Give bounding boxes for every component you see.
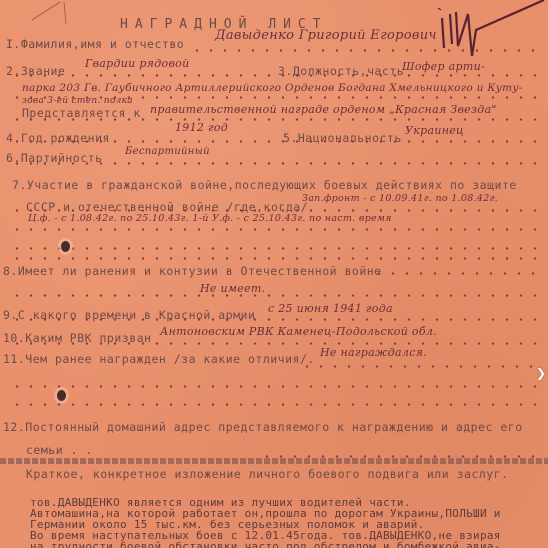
- field-5-value: Украинец: [405, 124, 464, 137]
- summary-body-line: на трудности боевой обстановки,часто под…: [30, 540, 501, 548]
- field-12-label-line1: 12.Постоянный домашний адрес представляе…: [3, 420, 523, 434]
- field-7-label-line1: 7.Участие в гражданской войне,последующи…: [12, 178, 517, 192]
- dot-leader: [10, 74, 540, 77]
- dot-leader: [10, 247, 540, 250]
- separator-line: [0, 458, 548, 464]
- dot-leader: [10, 342, 540, 345]
- field-8-label: 8.Имеет ли ранения и контузии в Отечеств…: [3, 264, 382, 278]
- field-1-value: Давыденко Григорий Егорович: [215, 28, 437, 43]
- dot-leader: [10, 162, 540, 165]
- field-3-value-line3: зова 3-ей степ. полка: [22, 96, 133, 106]
- punch-hole-icon: [57, 390, 66, 401]
- dot-leader: [372, 272, 540, 275]
- field-10-value: Антоновским РВК Каменец-Подольской обл.: [160, 325, 437, 338]
- punch-hole-icon: [61, 241, 70, 252]
- field-7-value-line2: Ц.ф. - с 1.08.42г. по 25.10.43г. 1-й У.ф…: [28, 213, 392, 224]
- dot-leader: [10, 209, 540, 212]
- dot-leader: [10, 294, 540, 297]
- dot-leader: [300, 365, 540, 368]
- field-4-value: 1912 год: [175, 121, 228, 134]
- chevron-right-icon[interactable]: ❯: [536, 366, 546, 378]
- field-3-value-line2: парка 203 Гв. Гаубичного Артиллерийского…: [22, 82, 523, 94]
- field-6-value: Беспартийный: [125, 146, 210, 157]
- dot-leader: [10, 385, 540, 388]
- field-12-label-line2: семьи . .: [26, 443, 93, 457]
- signature-icon: [438, 0, 548, 62]
- field-7-value-line1: Зап.фронт - с 10.09.41г. по 1.08.42г.: [302, 193, 498, 204]
- dot-leader: [10, 257, 540, 260]
- summary-heading: Краткое, конкретное изложение личного бо…: [26, 467, 509, 481]
- pencil-mark-icon: [30, 0, 70, 25]
- document-page: НАГРАДНОЙ ЛИСТ I.Фамилия,имя и отчество …: [0, 0, 548, 548]
- dot-leader: [10, 403, 540, 406]
- field-11-value: Не награждался.: [320, 346, 427, 359]
- field-3-value-line1: Шофер арти-: [402, 60, 485, 73]
- dot-leader: [10, 318, 540, 321]
- dot-leader: [10, 140, 540, 143]
- nomination-value: правительственной награде орденом „Красн…: [150, 103, 497, 116]
- field-2-value: Гвардии рядовой: [85, 57, 189, 70]
- field-1-label: I.Фамилия,имя и отчество: [6, 37, 184, 51]
- dot-leader: [10, 228, 540, 231]
- dot-leader: [190, 49, 540, 52]
- dot-leader: [10, 118, 540, 121]
- field-9-value: с 25 июня 1941 года: [268, 302, 393, 315]
- field-11-label: 11.Чем ранее награжден /за какие отличия…: [3, 352, 315, 366]
